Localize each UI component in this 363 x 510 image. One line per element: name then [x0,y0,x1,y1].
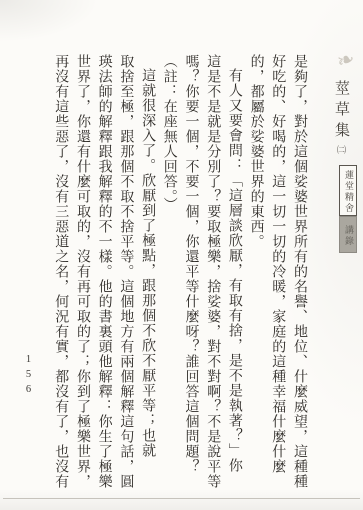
text-column-1: 是夠了，對於這個娑婆世界所有的名譽、地位、什麼威望，這種種 [288,54,310,492]
page-number: 156 [23,354,34,399]
text-column-9: 取捨至極，跟那個不取不捨平等。這個地方有兩個解釋這句話，圓 [115,54,137,492]
text-column-2: 好吃的、好喝的，這一切一切的冷暖，家庭的這種幸福什麼什麼 [267,54,289,492]
footer-rule [3,498,360,499]
text-column-3: 的，都屬於娑婆世界的東西。 [245,54,267,492]
text-column-7: （註：在座無人回答。） [158,54,180,492]
book-title-text: 莖草集 [333,80,349,143]
text-column-6: 嗎？你要一個，不要一個，你還平等什麼呀？誰回答這個問題？ [180,54,202,492]
text-column-10: 瑛法師的解釋跟我解釋的不一樣。他的書裏頭他解釋：你生了極樂 [93,54,115,492]
text-column-11: 世界了，你還有什麼可取的，沒有再可取的了；你到了極樂世界， [71,54,93,492]
book-page: ❧ 莖草集㈡ 蓮堂精舍 講錄 是夠了，對於這個娑婆世界所有的名譽、地位、什麼威望… [0,0,363,510]
section-label-box-shaded: 講錄 [339,216,357,253]
text-column-8: 這就很深入了。欣厭到了極點，跟那個不欣不厭平等；也就 [136,54,158,492]
section-label-box: 蓮堂精舍 [339,165,357,216]
volume-badge: ㈡ [335,145,348,154]
body-text: 是夠了，對於這個娑婆世界所有的名譽、地位、什麼威望，這種種 好吃的、好喝的，這一… [50,54,310,492]
flower-stamp-icon: ❧ [335,48,358,73]
text-column-5: 這是不是就是分別了？要取極樂，捨娑婆，對不對啊？不是說平等 [201,54,223,492]
book-title: 莖草集㈡ [331,80,352,154]
text-column-4: 有人又要會問：「這層談欣厭，有取有捨，是不是執著？」你 [223,54,245,492]
text-column-12: 再沒有這些惡了，沒有三惡道之名，何況有實，都沒有了，也沒有 [50,54,72,492]
